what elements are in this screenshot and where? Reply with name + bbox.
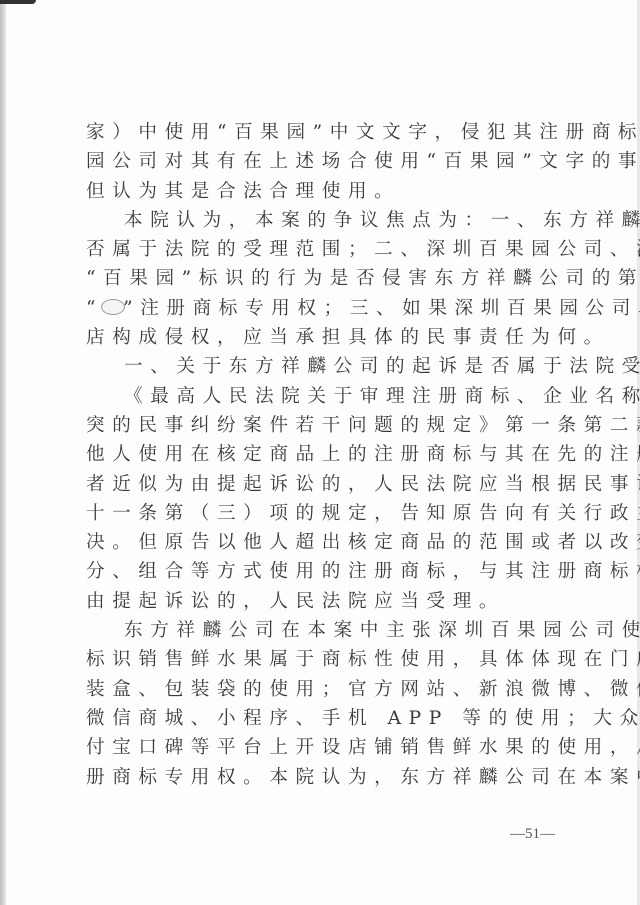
- text-line: 突的民事纠纷案件若干问题的规定》第一条第二款规定，原告以: [86, 411, 560, 440]
- text-line: 册商标专用权。本院认为，东方祥麟公司在本案中是以深圳百果: [86, 763, 560, 792]
- page-number: —51—: [510, 826, 555, 843]
- document-page: 家）中使用“百果园”中文文字，侵犯其注册商标权。深圳百果 园公司对其有在上述场合…: [0, 0, 640, 905]
- text-line: 本院认为，本案的争议焦点为：一、东方祥麟公司的起诉是: [86, 206, 560, 235]
- text-line: 分、组合等方式使用的注册商标，与其注册商标相同或者近似为: [86, 557, 560, 586]
- text-line: “百果园”标识的行为是否侵害东方祥麟公司的第 1466895 号: [86, 264, 560, 293]
- text-line: 装盒、包装袋的使用；官方网站、新浪微博、微信公众号的使用；: [86, 675, 560, 704]
- text-line: 由提起诉讼的，人民法院应当受理。: [86, 587, 560, 616]
- scan-left-edge: [0, 0, 6, 905]
- text-line: 店构成侵权，应当承担具体的民事责任为何。: [86, 323, 560, 352]
- scan-corner-shadow: [0, 0, 36, 4]
- text-line: 付宝口碑等平台上开设店铺销售鲜水果的使用，从而侵犯了其注: [86, 733, 560, 762]
- text-line: 他人使用在核定商品上的注册商标与其在先的注册商标相同或: [86, 440, 560, 469]
- text-line: 《最高人民法院关于审理注册商标、企业名称与在先权利冲: [86, 382, 560, 411]
- text-line: 标识销售鲜水果属于商标性使用，具体体现在门店招牌、产品包: [86, 645, 560, 674]
- text-line: 十一条第（三）项的规定，告知原告向有关行政主管机关申请解: [86, 499, 560, 528]
- text-line-with-trademark: “”注册商标专用权；三、如果深圳百果园公司、泽德水果: [86, 294, 560, 323]
- text-line: 否属于法院的受理范围；二、深圳百果园公司、泽德水果店使用: [86, 235, 560, 264]
- text-line: 家）中使用“百果园”中文文字，侵犯其注册商标权。深圳百果: [86, 118, 560, 147]
- trademark-logo-icon: [101, 299, 125, 315]
- text-line: 微信商城、小程序、手机 APP 等的使用；大众点评、饿了么、支: [86, 704, 560, 733]
- text-line: 但认为其是合法合理使用。: [86, 177, 560, 206]
- text-line: 园公司对其有在上述场合使用“百果园”文字的事实不持异议，: [86, 147, 560, 176]
- text-line: 决。但原告以他人超出核定商品的范围或者以改变显著特征、拆: [86, 528, 560, 557]
- text-fragment: ”注册商标专用权；三、如果深圳百果园公司、泽德水果: [123, 298, 640, 319]
- section-heading: 一、关于东方祥麟公司的起诉是否属于法院受理范围的问题: [86, 352, 560, 381]
- text-line: 东方祥麟公司在本案中主张深圳百果园公司使用“百果园”: [86, 616, 560, 645]
- document-body: 家）中使用“百果园”中文文字，侵犯其注册商标权。深圳百果 园公司对其有在上述场合…: [86, 118, 560, 792]
- text-line: 者近似为由提起诉讼的，人民法院应当根据民事诉讼法第一百一: [86, 470, 560, 499]
